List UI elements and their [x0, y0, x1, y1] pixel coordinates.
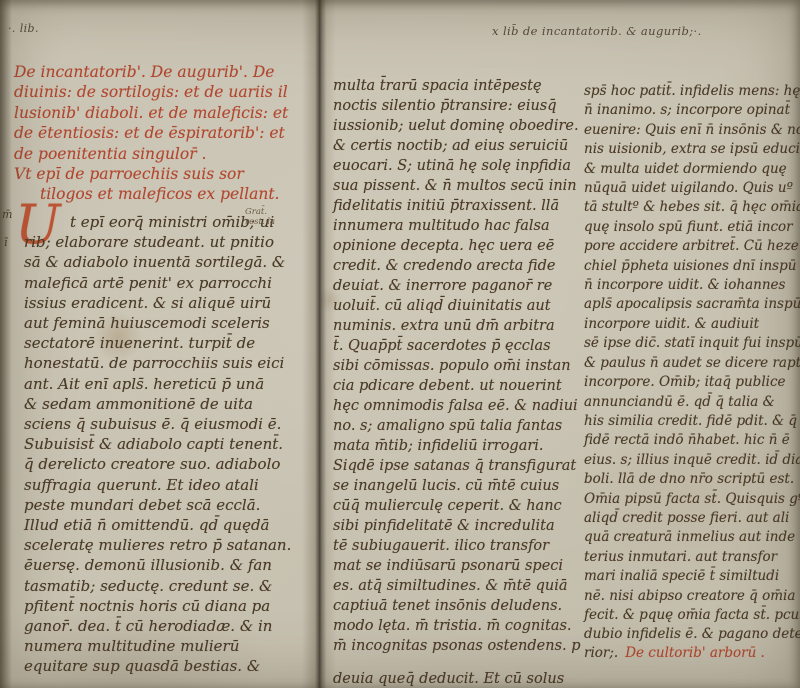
text-line: fecit. & pquę om̄ia facta st̄. pcul [584, 606, 800, 625]
text-line: annunciandū ē. qd̄ q̄ talia & [584, 393, 800, 412]
text-line: deuia queq̄ deducit. Et cū solus [333, 669, 581, 688]
text-line: hęc omnimodis falsa eē. & nadiui [333, 396, 581, 416]
text-line: Illud etiā n̄ omittendū. qd̄ quędā [24, 515, 291, 535]
text-line: cūq̄ mulierculę ceperit. & hanc [333, 496, 581, 516]
text-line: aliqd̄ credit posse fieri. aut ali [584, 509, 800, 528]
text-line: & paulus n̄ audet se dicere raptū [584, 354, 800, 373]
manuscript-spread: ·. lib. x lib̄ de incantatorib. & auguri… [0, 0, 800, 688]
text-line: multa t̄rarū spacia intēpestę [333, 76, 581, 96]
text-line: de poenitentia singulor̄ . [14, 144, 288, 164]
text-line: n̄ incorpore uidit. & iohannes [584, 276, 800, 295]
text-line: lusionib' diaboli. et de maleficis: et [14, 103, 288, 123]
text-line: ēuersę. demonū illusionib. & fan [24, 555, 291, 575]
text-line: chiel p̄pheta uisiones dnī inspū [584, 257, 800, 276]
text-line: quā creaturā inmelius aut inde [584, 528, 800, 547]
text-line: boli. llā de dno nr̄o scriptū est. [584, 470, 800, 489]
running-header-left: ·. lib. [8, 22, 39, 35]
text-line: sceleratę mulieres retro p̄ satanan. [24, 535, 291, 555]
text-line: rib; elaborare studeant. ut pnitio [24, 232, 291, 252]
text-line: noctis silentio p̄transire: eiusq̄ [333, 96, 581, 116]
text-line: nūquā uidet uigilando. Quis uº [584, 179, 800, 198]
text-line: diuinis: de sortilogis: et de uariis il [14, 82, 288, 102]
text-line: mat se indiūsarū psonarū speci [333, 556, 581, 576]
text-line: numinis. extra unū dm̄ arbitra [333, 316, 581, 336]
text-line: De incantatorib'. De augurib'. De [14, 62, 288, 82]
right-text-column: sps̄ hoc patit̄. infidelis mens: hęcn̄ i… [584, 82, 800, 645]
text-line: sua pissent. & n̄ multos secū inin [333, 176, 581, 196]
text-line: cia pdicare debent. ut nouerint [333, 376, 581, 396]
text-line: mari inaliā speciē t̄ similtudi [584, 567, 800, 586]
text-line: nē. nisi abipso creatore q̄ om̄ia [584, 587, 800, 606]
text-line: sibi pinfidelitatē & incredulita [333, 516, 581, 536]
text-line: tasmatib; seductę. credunt se. & [24, 576, 291, 596]
text-line: his similia credit. fidē pdit. & q̄ [584, 412, 800, 431]
gloss-line: rest. la [245, 217, 275, 227]
text-line: tā stultº & hebes sit. q̄ hęc om̄ia [584, 198, 800, 217]
page-edge-shadow [0, 0, 12, 688]
text-line: & sedam ammonitionē de uita [24, 394, 291, 414]
text-line: honestatū. de parrocchiis suis eici [24, 353, 291, 373]
marginal-gloss: Grat̄. rest. la [245, 207, 275, 227]
text-line: captiuā tenet insōnis deludens. [333, 596, 581, 616]
chapter-end-line: rior;.De cultorib' arborū . [584, 645, 765, 661]
text-line: nis uisionib, extra se ipsū educit̄. [584, 140, 800, 159]
text-line: sectatorē inuenerint. turpit̄ de [24, 333, 291, 353]
text-line: mata m̄tib; infideliū irrogari. [333, 436, 581, 456]
text-line: deuiat. & inerrore paganor̄ re [333, 276, 581, 296]
next-chapter-rubric: De cultorib' arborū . [625, 645, 765, 661]
text-line: pore accidere arbitret̄. Cū heze [584, 237, 800, 256]
text-line: t̄. Quap̄pt̄ sacerdotes p̄ ęcclas [333, 336, 581, 356]
text-line: de ētentiosis: et de ēspiratorib': et [14, 123, 288, 143]
text-line: incorpore uidit. & audiuit [584, 315, 800, 334]
chapter-rubric: De incantatorib'. De augurib'. Dediuinis… [14, 62, 288, 205]
text-line: ganor̄. dea. t̄ cū herodiadæ. & in [24, 616, 291, 636]
text-line: dubio infidelis ē. & pagano dete [584, 625, 800, 644]
text-line: euocari. S; utinā hę solę inpfidia [333, 156, 581, 176]
text-line: sā & adiabolo inuentā sortilegā. & [24, 252, 291, 272]
left-text-column: t epī eorq̄ ministri om̄ib; uirib; elabo… [24, 212, 291, 677]
text-line: fidē rectā indō n̄habet. hic n̄ ē [584, 431, 800, 450]
text-line: fidelitatis initiū p̄traxissent. llā [333, 196, 581, 216]
text-line: maleficā artē penit' ex parrocchi [24, 273, 291, 293]
gutter-shadow [302, 0, 336, 688]
text-line: Om̄ia pipsū facta st̄. Quisquis gº [584, 490, 800, 509]
text-line: numera multitudine mulierū [24, 636, 291, 656]
text-line: & multa uidet dormiendo quę [584, 160, 800, 179]
chapter-end-text: rior;. [584, 645, 618, 661]
text-line: es. atq̄ similtudines. & m̄tē quiā [333, 576, 581, 596]
text-line: q̄ derelicto creatore suo. adiabolo [24, 454, 291, 474]
text-line: Subuisist̄ & adiabolo capti tenent̄. [24, 434, 291, 454]
gloss-line: Grat̄. [245, 207, 275, 217]
text-line: opinione decepta. hęc uera eē [333, 236, 581, 256]
text-line: equitare sup quasdā bestias. & [24, 656, 291, 676]
text-line: pfitent̄ noctnis horis cū diana pa [24, 596, 291, 616]
text-line: tē subiugauerit. ilico transfor [333, 536, 581, 556]
text-line: Vt epī de parroechiis suis sor [14, 164, 288, 184]
text-line: sciens q̄ subuisus ē. q̄ eiusmodi ē. [24, 414, 291, 434]
text-line: sē ipse dic̄. statī inquit fui inspū. [584, 334, 800, 353]
margin-mark: ī [4, 236, 8, 249]
text-line: terius inmutari. aut transfor [584, 548, 800, 567]
text-line: suffragia querunt. Et ideo atali [24, 475, 291, 495]
text-line: credit. & credendo arecta fide [333, 256, 581, 276]
text-line: peste mundari debet scā ecclā. [24, 495, 291, 515]
text-line: m̄ incognitas psonas ostendens. p [333, 636, 581, 656]
text-line: se inangelū lucis. cū m̄tē cuius [333, 476, 581, 496]
text-line: sps̄ hoc patit̄. infidelis mens: hęc [584, 82, 800, 101]
text-line: apls̄ apocalipsis sacram̄ta inspū [584, 295, 800, 314]
text-line: euenire: Quis enī n̄ insōnis & noct̄ [584, 121, 800, 140]
text-line: ant. Ait enī apls̄. hereticū p̄ unā [24, 374, 291, 394]
running-header-right: x lib̄ de incantatorib. & augurib;·. [492, 24, 702, 38]
text-line: & certis noctib; ad eius seruiciū [333, 136, 581, 156]
text-line: Siqdē ipse satanas q̄ transfigurat [333, 456, 581, 476]
text-line: quę insolo spū fiunt. etiā incor [584, 218, 800, 237]
text-line: n̄ inanimo. s; incorpore opinat̄ [584, 101, 800, 120]
text-line: aut feminā huiuscemodi sceleris [24, 313, 291, 333]
margin-mark: m̄ [2, 208, 12, 221]
text-line: modo lęta. m̄ tristia. m̄ cognitas. [333, 616, 581, 636]
center-text-column: multa t̄rarū spacia intēpestęnoctis sile… [333, 76, 581, 688]
text-line: no. s; amaligno spū talia fantas [333, 416, 581, 436]
text-line: uoluit̄. cū aliqd̄ diuinitatis aut [333, 296, 581, 316]
text-line: issius eradicent. & si aliquē uirū [24, 293, 291, 313]
text-line: iussionib; uelut dominę oboedire. [333, 116, 581, 136]
text-line: eius. s; illius inquē credit. id̄ dia [584, 451, 800, 470]
text-line: innumera multitudo hac falsa [333, 216, 581, 236]
text-line: sibi cōmissas. populo om̄i instan [333, 356, 581, 376]
text-line: incorpore. Om̄ib; itaq̄ publice [584, 373, 800, 392]
